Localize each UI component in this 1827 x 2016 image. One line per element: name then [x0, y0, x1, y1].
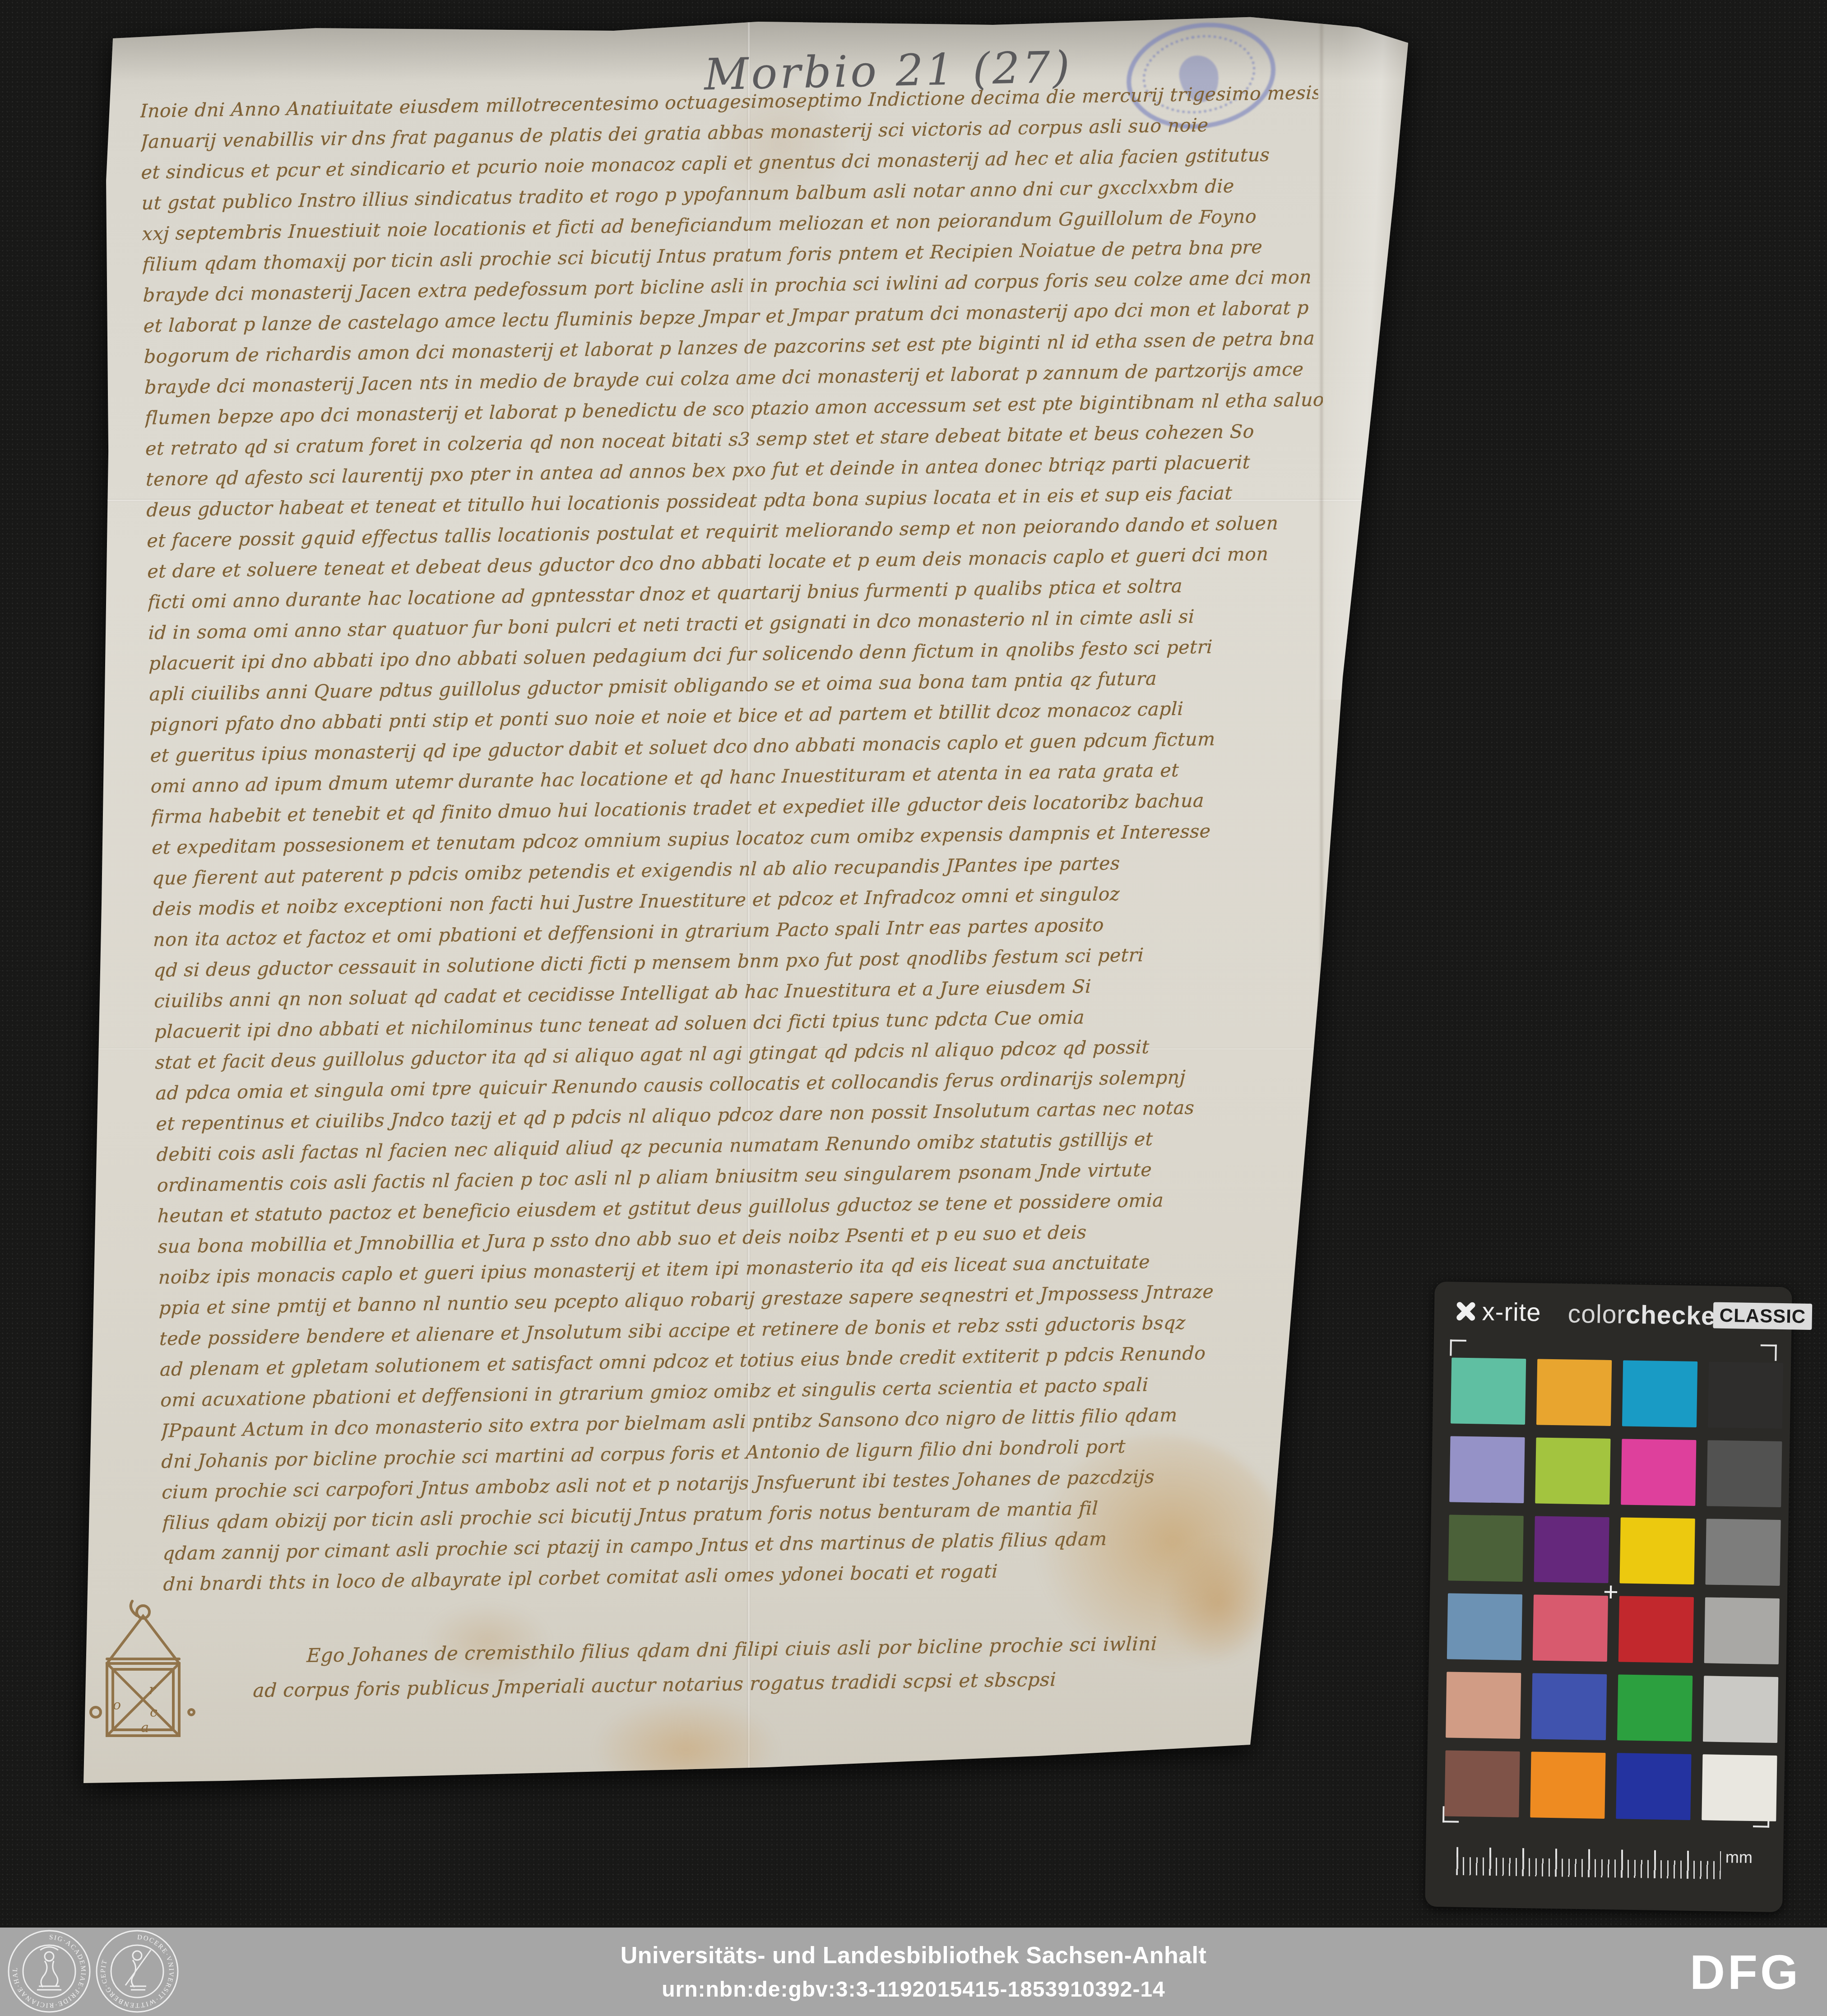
color-swatch: [1530, 1751, 1605, 1819]
urn-identifier: urn:nbn:de:gbv:3:3-1192015415-1853910392…: [530, 1977, 1297, 2002]
color-swatch: [1622, 1360, 1697, 1427]
color-swatch: [1618, 1596, 1694, 1663]
color-swatch: [1449, 1436, 1525, 1503]
color-swatch: [1535, 1437, 1610, 1505]
color-swatch: [1705, 1519, 1781, 1586]
right-fold-highlight: [1312, 23, 1418, 700]
color-swatch: [1451, 1357, 1526, 1425]
color-swatch: [1708, 1361, 1783, 1429]
color-swatch: [1531, 1673, 1607, 1740]
ruler-unit-label: mm: [1725, 1848, 1753, 1867]
signum-roof: [107, 1616, 179, 1663]
signum-left-flourish: [91, 1707, 101, 1717]
ruler-minor-ticks: [1456, 1857, 1721, 1879]
crop-mark-icon: [1450, 1339, 1466, 1356]
color-swatch: [1704, 1597, 1780, 1664]
color-swatch: [1534, 1516, 1609, 1583]
notary-signum-drawing: o r c a: [87, 1596, 199, 1745]
parchment-document: Morbio 21 (27) Inoie dni Anno Anatiuitat…: [81, 14, 1410, 1783]
color-swatch: [1702, 1754, 1777, 1821]
colorchecker-title-regular: color: [1567, 1300, 1626, 1329]
seal-figure-body: [125, 1950, 151, 1990]
color-swatch: [1448, 1514, 1524, 1582]
color-swatch: [1617, 1674, 1693, 1742]
color-swatch: [1616, 1753, 1691, 1820]
signum-letter: o: [113, 1697, 121, 1713]
footer-caption: Universitäts- und Landesbibliothek Sachs…: [530, 1928, 1297, 2002]
university-seals: SIG·ACADEMIAE·FRIDE·RICIANAE·HAL DOCERE·…: [2, 1928, 191, 2015]
footer-bar: SIG·ACADEMIAE·FRIDE·RICIANAE·HAL DOCERE·…: [0, 1928, 1827, 2016]
color-swatch: [1619, 1517, 1695, 1584]
notary-subscription-block: Ego Johanes de cremisthilo filius qdam d…: [252, 1626, 1246, 1708]
color-swatch: [1444, 1750, 1520, 1817]
seal-figure-head: [45, 1952, 54, 1961]
colorchecker-title-bold: checker: [1626, 1301, 1726, 1331]
color-swatch: [1703, 1676, 1778, 1743]
color-swatch: [1536, 1359, 1612, 1426]
seal-figure-body: [37, 1947, 61, 1990]
color-swatch: [1446, 1672, 1521, 1739]
colorchecker-title: colorchecker: [1567, 1299, 1726, 1332]
classic-badge: CLASSIC: [1713, 1302, 1812, 1330]
seal-figure-head: [133, 1951, 142, 1960]
color-swatch: [1447, 1593, 1522, 1660]
color-swatch: [1706, 1440, 1782, 1507]
center-cross-mark-icon: +: [1603, 1577, 1619, 1607]
x-rite-logo-icon: [1454, 1299, 1478, 1323]
signum-letter: c: [150, 1705, 158, 1720]
dfg-logo: DFG: [1690, 1944, 1801, 2000]
signum-letter: a: [141, 1720, 149, 1736]
seal-outer-circle: [97, 1931, 178, 2012]
xrite-brand-label: x-rite: [1482, 1297, 1541, 1327]
xrite-brand: x-rite: [1454, 1296, 1541, 1327]
color-swatch: [1621, 1439, 1696, 1506]
library-name: Universitäts- und Landesbibliothek Sachs…: [530, 1942, 1297, 1969]
color-swatch: [1533, 1594, 1608, 1662]
colorchecker-card: x-rite colorchecker CLASSIC + mm: [1425, 1282, 1792, 1912]
parchment-stain: [596, 1697, 776, 1801]
signum-letter: r: [149, 1682, 156, 1698]
crop-mark-icon: [1760, 1344, 1777, 1361]
manuscript-text-block: Inoie dni Anno Anatiuitate eiusdem millo…: [140, 77, 1341, 1600]
seal-outer-circle: [9, 1931, 90, 2012]
signum-flourish: [131, 1601, 137, 1616]
colorchecker-header: x-rite colorchecker CLASSIC: [1434, 1293, 1792, 1335]
signum-right-dot: [189, 1709, 194, 1715]
